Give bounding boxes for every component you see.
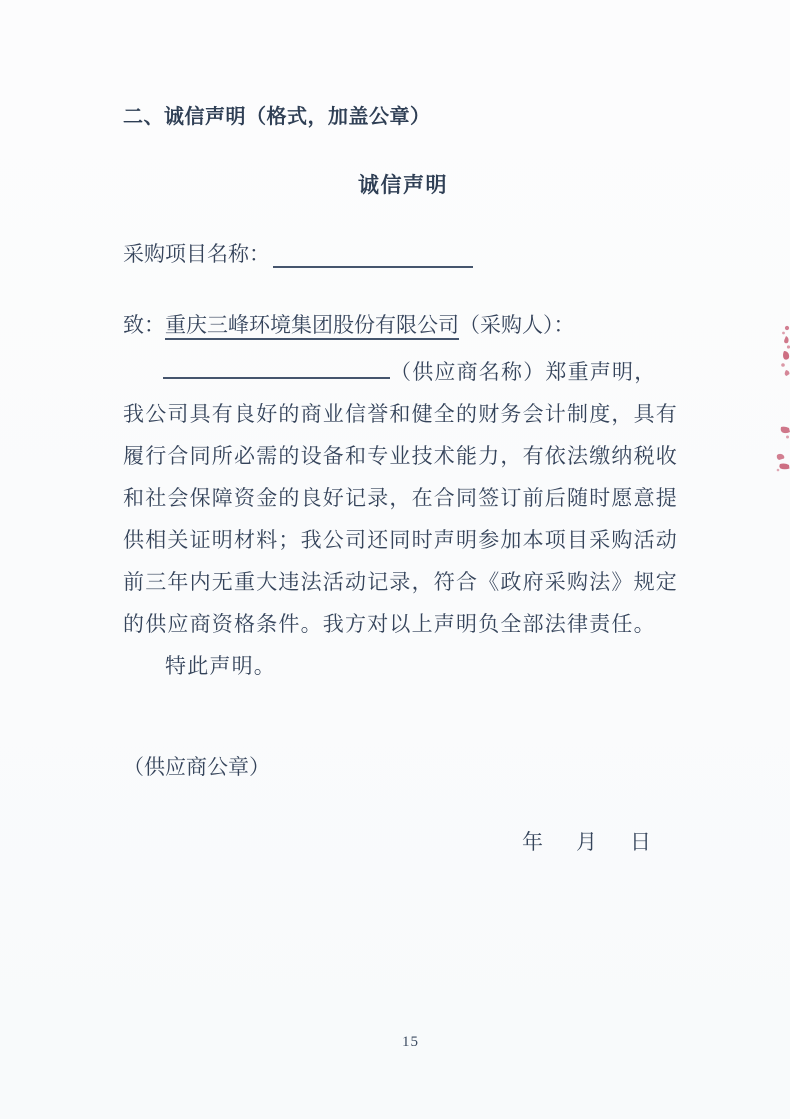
project-name-line: 采购项目名称： <box>123 238 473 268</box>
declaration-paragraph: （供应商名称）郑重声明， 我公司具有良好的商业信誉和健全的财务会计制度，具有 履… <box>123 350 668 687</box>
body-line-2: 履行合同所必需的设备和专业技术能力，有依法缴纳税收 <box>123 435 668 477</box>
date-year-label: 年 <box>522 826 543 856</box>
addressee-line: 致：重庆三峰环境集团股份有限公司（采购人）： <box>123 309 575 339</box>
section-heading: 二、诚信声明（格式，加盖公章） <box>123 100 431 129</box>
project-name-blank-field <box>273 241 473 268</box>
body-line-6: 的供应商资格条件。我方对以上声明负全部法律责任。 <box>123 603 668 645</box>
buyer-company-name: 重庆三峰环境集团股份有限公司 <box>165 313 459 340</box>
red-ink-mark-bottom-icon <box>773 424 790 474</box>
supplier-name-line: （供应商名称）郑重声明， <box>123 350 668 393</box>
supplier-name-line-text: （供应商名称）郑重声明， <box>390 360 656 384</box>
document-title: 诚信声明 <box>358 169 448 199</box>
closing-line: 特此声明。 <box>123 645 668 687</box>
supplier-name-blank-field <box>163 350 390 379</box>
body-line-3: 和社会保障资金的良好记录，在合同签订前后随时愿意提 <box>123 477 668 519</box>
scanned-document-page: 二、诚信声明（格式，加盖公章） 诚信声明 采购项目名称： 致：重庆三峰环境集团股… <box>0 0 790 1119</box>
addressee-prefix: 致： <box>123 313 165 337</box>
date-line: 年 月 日 <box>522 826 651 856</box>
body-line-1: 我公司具有良好的商业信誉和健全的财务会计制度，具有 <box>123 393 668 435</box>
body-line-4: 供相关证明材料；我公司还同时声明参加本项目采购活动 <box>123 519 668 561</box>
addressee-suffix: （采购人）： <box>459 313 575 337</box>
date-month-label: 月 <box>576 826 597 856</box>
page-number: 15 <box>402 1034 419 1051</box>
red-ink-mark-top-icon <box>777 324 790 380</box>
date-day-label: 日 <box>630 826 651 856</box>
body-line-5: 前三年内无重大违法活动记录，符合《政府采购法》规定 <box>123 561 668 603</box>
supplier-stamp-label: （供应商公章） <box>123 751 270 781</box>
project-name-label: 采购项目名称： <box>123 238 270 268</box>
